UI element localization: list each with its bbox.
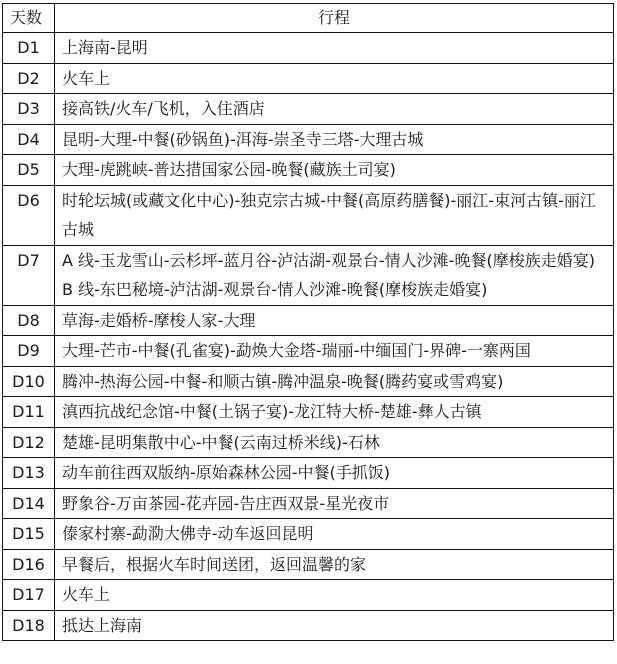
table-row: D8草海-走婚桥-摩梭人家-大理 — [3, 305, 614, 336]
plan-cell: 火车上 — [55, 580, 614, 611]
plan-line: B 线-东巴秘境-泸沽湖-观景台-情人沙滩-晚餐(摩梭族走婚宴) — [62, 275, 606, 305]
plan-cell: 动车前往西双版纳-原始森林公园-中餐(手抓饭) — [55, 458, 614, 489]
plan-cell: 昆明-大理-中餐(砂锅鱼)-洱海-崇圣寺三塔-大理古城 — [55, 124, 614, 155]
table-row: D12楚雄-昆明集散中心-中餐(云南过桥米线)-石林 — [3, 427, 614, 458]
header-plan: 行程 — [55, 4, 614, 33]
plan-cell: 傣家村寨-勐泐大佛寺-动车返回昆明 — [55, 519, 614, 550]
plan-line: 接高铁/火车/飞机，入住酒店 — [62, 94, 606, 124]
plan-cell: 早餐后，根据火车时间送团，返回温馨的家 — [55, 549, 614, 580]
day-cell: D5 — [3, 155, 55, 186]
plan-cell: 滇西抗战纪念馆-中餐(土锅子宴)-龙江特大桥-楚雄-彝人古镇 — [55, 397, 614, 428]
itinerary-table: 天数 行程 D1上海南-昆明D2火车上D3接高铁/火车/飞机，入住酒店D4昆明-… — [2, 3, 614, 641]
plan-cell: 大理-芒市-中餐(孔雀宴)-勐焕大金塔-瑞丽-中缅国门-界碑-一寨两国 — [55, 336, 614, 367]
day-cell: D16 — [3, 549, 55, 580]
plan-cell: 火车上 — [55, 63, 614, 94]
plan-line: 腾冲-热海公园-中餐-和顺古镇-腾冲温泉-晚餐(腾药宴或雪鸡宴) — [62, 367, 606, 397]
table-row: D4昆明-大理-中餐(砂锅鱼)-洱海-崇圣寺三塔-大理古城 — [3, 124, 614, 155]
day-cell: D2 — [3, 63, 55, 94]
plan-line: 滇西抗战纪念馆-中餐(土锅子宴)-龙江特大桥-楚雄-彝人古镇 — [62, 397, 606, 427]
plan-cell: 野象谷-万亩茶园-花卉园-告庄西双景-星光夜市 — [55, 488, 614, 519]
table-row: D10腾冲-热海公园-中餐-和顺古镇-腾冲温泉-晚餐(腾药宴或雪鸡宴) — [3, 366, 614, 397]
plan-line: 草海-走婚桥-摩梭人家-大理 — [62, 306, 606, 336]
day-cell: D14 — [3, 488, 55, 519]
day-cell: D11 — [3, 397, 55, 428]
plan-cell: 大理-虎跳峡-普达措国家公园-晚餐(藏族土司宴) — [55, 155, 614, 186]
day-cell: D12 — [3, 427, 55, 458]
plan-line: 野象谷-万亩茶园-花卉园-告庄西双景-星光夜市 — [62, 489, 606, 519]
day-cell: D1 — [3, 33, 55, 64]
day-cell: D7 — [3, 245, 55, 305]
day-cell: D3 — [3, 94, 55, 125]
plan-line: 上海南-昆明 — [62, 33, 606, 63]
plan-line: 大理-虎跳峡-普达措国家公园-晚餐(藏族土司宴) — [62, 155, 606, 185]
table-row: D6时轮坛城(或藏文化中心)-独克宗古城-中餐(高原药膳餐)-丽江-束河古镇-丽… — [3, 185, 614, 245]
plan-cell: 草海-走婚桥-摩梭人家-大理 — [55, 305, 614, 336]
plan-cell: 楚雄-昆明集散中心-中餐(云南过桥米线)-石林 — [55, 427, 614, 458]
day-cell: D15 — [3, 519, 55, 550]
table-row: D1上海南-昆明 — [3, 33, 614, 64]
plan-line: A 线-玉龙雪山-云杉坪-蓝月谷-泸沽湖-观景台-情人沙滩-晚餐(摩梭族走婚宴) — [62, 246, 606, 276]
header-day: 天数 — [3, 4, 55, 33]
plan-line: 火车上 — [62, 580, 606, 610]
plan-cell: 腾冲-热海公园-中餐-和顺古镇-腾冲温泉-晚餐(腾药宴或雪鸡宴) — [55, 366, 614, 397]
table-row: D11滇西抗战纪念馆-中餐(土锅子宴)-龙江特大桥-楚雄-彝人古镇 — [3, 397, 614, 428]
plan-cell: 时轮坛城(或藏文化中心)-独克宗古城-中餐(高原药膳餐)-丽江-束河古镇-丽江古… — [55, 185, 614, 245]
plan-line: 楚雄-昆明集散中心-中餐(云南过桥米线)-石林 — [62, 428, 606, 458]
day-cell: D13 — [3, 458, 55, 489]
table-row: D5大理-虎跳峡-普达措国家公园-晚餐(藏族土司宴) — [3, 155, 614, 186]
day-cell: D18 — [3, 610, 55, 641]
day-cell: D9 — [3, 336, 55, 367]
itinerary-rows: D1上海南-昆明D2火车上D3接高铁/火车/飞机，入住酒店D4昆明-大理-中餐(… — [3, 33, 614, 641]
day-cell: D4 — [3, 124, 55, 155]
plan-line: 动车前往西双版纳-原始森林公园-中餐(手抓饭) — [62, 458, 606, 488]
plan-line: 火车上 — [62, 64, 606, 94]
plan-cell: 抵达上海南 — [55, 610, 614, 641]
plan-line: 昆明-大理-中餐(砂锅鱼)-洱海-崇圣寺三塔-大理古城 — [62, 125, 606, 155]
table-row: D2火车上 — [3, 63, 614, 94]
plan-line: 早餐后，根据火车时间送团，返回温馨的家 — [62, 550, 606, 580]
day-cell: D6 — [3, 185, 55, 245]
table-row: D3接高铁/火车/飞机，入住酒店 — [3, 94, 614, 125]
table-row: D13动车前往西双版纳-原始森林公园-中餐(手抓饭) — [3, 458, 614, 489]
table-row: D7A 线-玉龙雪山-云杉坪-蓝月谷-泸沽湖-观景台-情人沙滩-晚餐(摩梭族走婚… — [3, 245, 614, 305]
table-row: D16早餐后，根据火车时间送团，返回温馨的家 — [3, 549, 614, 580]
plan-cell: 上海南-昆明 — [55, 33, 614, 64]
plan-line: 时轮坛城(或藏文化中心)-独克宗古城-中餐(高原药膳餐)-丽江-束河古镇-丽江古… — [62, 186, 606, 245]
table-row: D18抵达上海南 — [3, 610, 614, 641]
plan-cell: 接高铁/火车/飞机，入住酒店 — [55, 94, 614, 125]
day-cell: D10 — [3, 366, 55, 397]
plan-cell: A 线-玉龙雪山-云杉坪-蓝月谷-泸沽湖-观景台-情人沙滩-晚餐(摩梭族走婚宴)… — [55, 245, 614, 305]
table-row: D17火车上 — [3, 580, 614, 611]
table-row: D15傣家村寨-勐泐大佛寺-动车返回昆明 — [3, 519, 614, 550]
plan-line: 傣家村寨-勐泐大佛寺-动车返回昆明 — [62, 519, 606, 549]
header-row: 天数 行程 — [3, 4, 614, 33]
day-cell: D8 — [3, 305, 55, 336]
plan-line: 抵达上海南 — [62, 611, 606, 641]
day-cell: D17 — [3, 580, 55, 611]
table-row: D9大理-芒市-中餐(孔雀宴)-勐焕大金塔-瑞丽-中缅国门-界碑-一寨两国 — [3, 336, 614, 367]
plan-line: 大理-芒市-中餐(孔雀宴)-勐焕大金塔-瑞丽-中缅国门-界碑-一寨两国 — [62, 336, 606, 366]
table-row: D14野象谷-万亩茶园-花卉园-告庄西双景-星光夜市 — [3, 488, 614, 519]
